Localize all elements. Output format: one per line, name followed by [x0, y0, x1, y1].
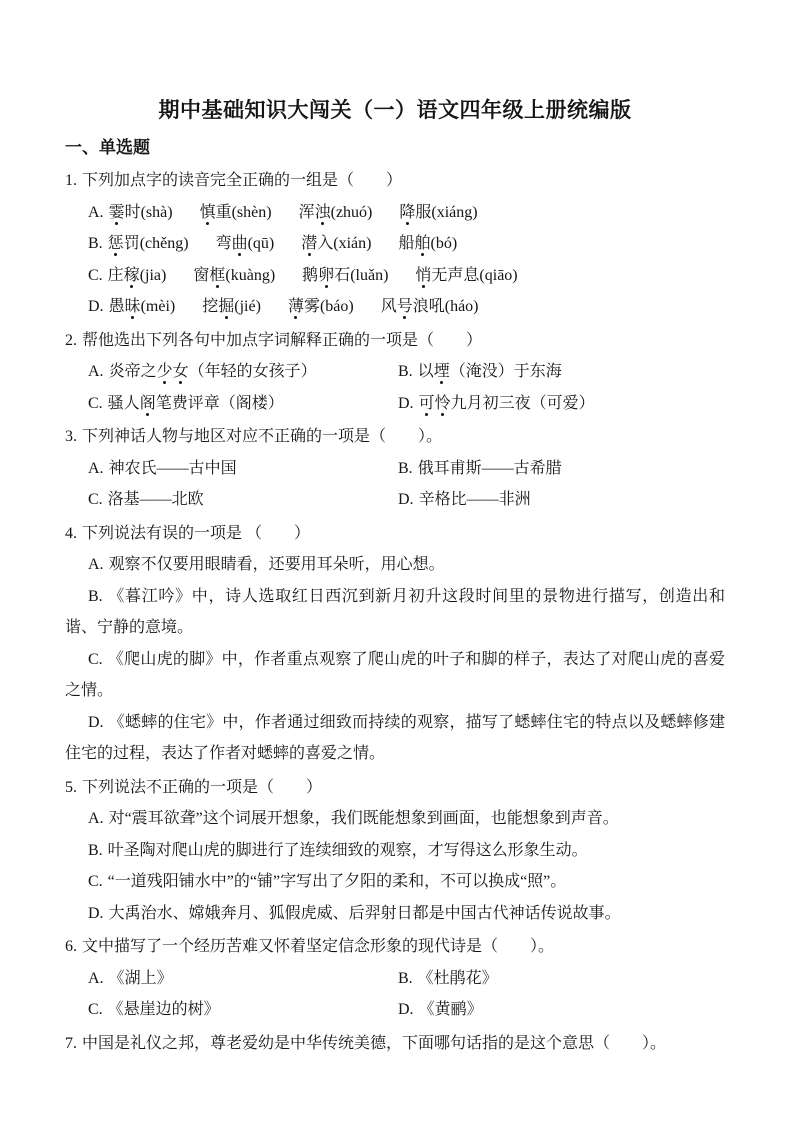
question-7: 7.中国是礼仪之邦，尊老爱幼是中华传统美德，下面哪句话指的是这个意思（ ）。 [65, 1028, 725, 1060]
option-label-B: B. [398, 363, 413, 380]
question-6-option-C: C.《悬崖边的树》 [88, 994, 398, 1026]
question-2-options: A.炎帝之少女（年轻的女孩子）B.以堙（淹没）于东海C.骚人阁笔费评章（阁楼）D… [65, 356, 725, 419]
question-5-options: A.对“震耳欲聋”这个词展开想象，我们既能想象到画面，也能想象到声音。B.叶圣陶… [65, 803, 725, 929]
page-title: 期中基础知识大闯关（一）语文四年级上册统编版 [65, 96, 725, 126]
question-6-stem: 6.文中描写了一个经历苦难又怀着坚定信念形象的现代诗是（ ）。 [65, 931, 725, 963]
option-label-D: D. [398, 1001, 414, 1018]
question-2-option-D: D.可怜九月初三夜（可爱） [398, 388, 725, 420]
question-4-option-C: C.《爬山虎的脚》中，作者重点观察了爬山虎的叶子和脚的样子，表达了对爬山虎的喜爱… [65, 644, 725, 707]
emphasis-dotted-char: 卵 [318, 267, 334, 284]
option-text: “一道残阳铺水中”的“铺”字写出了夕阳的柔和，不可以换成“照”。 [108, 873, 567, 890]
word-group: 愚昧(mèi) [109, 298, 176, 315]
question-3-option-A: A.神农氏——古中国 [88, 453, 398, 485]
question-4-options: A.观察不仅要用眼睛看，还要用耳朵听，用心想。B.《暮江吟》中，诗人选取红日西沉… [65, 549, 725, 770]
word-group: 霎时(shà) [109, 204, 173, 221]
question-4-option-A: A.观察不仅要用眼睛看，还要用耳朵听，用心想。 [65, 549, 725, 581]
option-text: 俄耳甫斯——古希腊 [418, 460, 562, 477]
emphasis-dotted-char: 曲 [232, 235, 248, 252]
question-4-number: 4. [65, 525, 77, 542]
option-label-C: C. [88, 651, 103, 668]
emphasis-dotted-char: 霎 [109, 204, 125, 221]
exam-page: 期中基础知识大闯关（一）语文四年级上册统编版 一、单选题 1.下列加点字的读音完… [0, 0, 793, 1122]
option-text: 大禹治水、嫦娥奔月、狐假虎威、后羿射日都是中国古代神话传说故事。 [109, 905, 621, 922]
question-3: 3.下列神话人物与地区对应不正确的一项是（ ）。A.神农氏——古中国B.俄耳甫斯… [65, 421, 725, 516]
question-3-options: A.神农氏——古中国B.俄耳甫斯——古希腊C.洛基——北欧D.辛格比——非洲 [65, 453, 725, 516]
option-label-C: C. [88, 491, 103, 508]
word-group: 慎重(shèn) [200, 204, 272, 221]
word-group: 降服(xiáng) [399, 204, 477, 221]
question-6-option-D: D.《黄鹂》 [398, 994, 725, 1026]
option-text: 神农氏——古中国 [109, 460, 237, 477]
emphasis-dotted-char: 薄 [288, 298, 304, 315]
question-1-stem: 1.下列加点字的读音完全正确的一组是（ ） [65, 165, 725, 197]
word-group: 挖掘(jié) [202, 298, 261, 315]
question-2-option-A: A.炎帝之少女（年轻的女孩子） [88, 356, 398, 388]
option-label-B: B. [398, 970, 413, 987]
option-text: 《杜鹃花》 [418, 970, 498, 987]
questions: 1.下列加点字的读音完全正确的一组是（ ）A.霎时(shà)慎重(shèn)浑浊… [65, 165, 725, 1059]
emphasis-dotted-char: 号 [397, 298, 413, 315]
question-4-stem: 4.下列说法有误的一项是 （ ） [65, 518, 725, 550]
question-2-number: 2. [65, 332, 77, 349]
question-4: 4.下列说法有误的一项是 （ ）A.观察不仅要用眼睛看，还要用耳朵听，用心想。B… [65, 518, 725, 770]
emphasis-dotted-char: 降 [399, 204, 415, 221]
option-text: 骚人阁笔费评章（阁楼） [108, 395, 284, 412]
option-label-A: A. [88, 556, 104, 573]
option-label-C: C. [88, 395, 103, 412]
question-6-options: A.《湖上》B.《杜鹃花》C.《悬崖边的树》D.《黄鹂》 [65, 963, 725, 1026]
option-label-A: A. [88, 810, 104, 827]
option-text: 《爬山虎的脚》中，作者重点观察了爬山虎的叶子和脚的样子，表达了对爬山虎的喜爱之情… [65, 651, 725, 700]
option-label-B: B. [88, 588, 103, 605]
question-1-option-C: C.庄稼(jia)窗框(kuàng)鹅卵石(luǎn)悄无声息(qiāo) [65, 260, 725, 292]
emphasis-dotted-char: 可 [419, 395, 435, 412]
question-7-number: 7. [65, 1035, 77, 1052]
question-3-option-C: C.洛基——北欧 [88, 484, 398, 516]
option-text: 《湖上》 [109, 970, 173, 987]
option-text: 叶圣陶对爬山虎的脚进行了连续细致的观察，才写得这么形象生动。 [108, 842, 588, 859]
question-3-option-B: B.俄耳甫斯——古希腊 [398, 453, 725, 485]
emphasis-dotted-char: 舶 [415, 235, 431, 252]
question-1-number: 1. [65, 172, 77, 189]
word-group: 惩罚(chěng) [108, 235, 189, 252]
option-text: 《蟋蟀的住宅》中，作者通过细致而持续的观察，描写了蟋蟀住宅的特点以及蟋蟀修建住宅… [65, 714, 725, 763]
emphasis-dotted-char: 稼 [124, 267, 140, 284]
option-text: 炎帝之少女（年轻的女孩子） [109, 363, 317, 380]
question-5-stem: 5.下列说法不正确的一项是（ ） [65, 772, 725, 804]
option-text: 辛格比——非洲 [419, 491, 531, 508]
question-2-option-C: C.骚人阁笔费评章（阁楼） [88, 388, 398, 420]
emphasis-dotted-char: 少 [157, 363, 173, 380]
question-1-options: A.霎时(shà)慎重(shèn)浑浊(zhuó)降服(xiáng)B.惩罚(c… [65, 197, 725, 323]
question-2-stem: 2.帮他选出下列各句中加点字词解释正确的一项是（ ） [65, 325, 725, 357]
option-label-A: A. [88, 460, 104, 477]
word-group: 庄稼(jia) [108, 267, 167, 284]
emphasis-dotted-char: 阁 [140, 395, 156, 412]
question-3-option-D: D.辛格比——非洲 [398, 484, 725, 516]
word-group: 悄无声息(qiāo) [415, 267, 517, 284]
question-5-option-B: B.叶圣陶对爬山虎的脚进行了连续细致的观察，才写得这么形象生动。 [65, 835, 725, 867]
emphasis-dotted-char: 浊 [315, 204, 331, 221]
question-6-option-B: B.《杜鹃花》 [398, 963, 725, 995]
emphasis-dotted-char: 惩 [108, 235, 124, 252]
question-3-number: 3. [65, 428, 77, 445]
emphasis-dotted-char: 框 [209, 267, 225, 284]
word-group: 窗框(kuàng) [193, 267, 275, 284]
emphasis-dotted-char: 潜 [301, 235, 317, 252]
option-label-B: B. [88, 842, 103, 859]
question-5-option-C: C.“一道残阳铺水中”的“铺”字写出了夕阳的柔和，不可以换成“照”。 [65, 866, 725, 898]
question-6-option-A: A.《湖上》 [88, 963, 398, 995]
option-text: 以堙（淹没）于东海 [418, 363, 562, 380]
question-1-option-A: A.霎时(shà)慎重(shèn)浑浊(zhuó)降服(xiáng) [65, 197, 725, 229]
emphasis-dotted-char: 女 [173, 363, 189, 380]
option-text: 对“震耳欲聋”这个词展开想象，我们既能想象到画面，也能想象到声音。 [109, 810, 619, 827]
option-label-C: C. [88, 267, 103, 284]
option-label-D: D. [88, 905, 104, 922]
option-text: 观察不仅要用眼睛看，还要用耳朵听，用心想。 [109, 556, 445, 573]
option-text: 《悬崖边的树》 [108, 1001, 220, 1018]
option-label-A: A. [88, 204, 104, 221]
option-label-D: D. [88, 714, 104, 731]
option-text: 《暮江吟》中，诗人选取红日西沉到新月初升这段时间里的景物进行描写，创造出和谐、宁… [65, 588, 725, 637]
question-5-option-A: A.对“震耳欲聋”这个词展开想象，我们既能想象到画面，也能想象到声音。 [65, 803, 725, 835]
option-label-D: D. [398, 395, 414, 412]
option-label-C: C. [88, 1001, 103, 1018]
word-group: 潜入(xián) [301, 235, 371, 252]
question-1: 1.下列加点字的读音完全正确的一组是（ ）A.霎时(shà)慎重(shèn)浑浊… [65, 165, 725, 323]
question-5-option-D: D.大禹治水、嫦娥奔月、狐假虎威、后羿射日都是中国古代神话传说故事。 [65, 898, 725, 930]
option-label-C: C. [88, 873, 103, 890]
question-1-option-B: B.惩罚(chěng)弯曲(qū)潜入(xián)船舶(bó) [65, 228, 725, 260]
emphasis-dotted-char: 堙 [434, 363, 450, 380]
option-text: 可怜九月初三夜（可爱） [419, 395, 595, 412]
word-group: 弯曲(qū) [216, 235, 275, 252]
emphasis-dotted-char: 昧 [125, 298, 141, 315]
option-label-D: D. [398, 491, 414, 508]
word-group: 薄雾(báo) [288, 298, 354, 315]
word-group: 风号浪吼(háo) [381, 298, 479, 315]
option-label-B: B. [398, 460, 413, 477]
question-6-number: 6. [65, 938, 77, 955]
question-5: 5.下列说法不正确的一项是（ ）A.对“震耳欲聋”这个词展开想象，我们既能想象到… [65, 772, 725, 930]
emphasis-dotted-char: 怜 [435, 395, 451, 412]
question-4-option-B: B.《暮江吟》中，诗人选取红日西沉到新月初升这段时间里的景物进行描写，创造出和谐… [65, 581, 725, 644]
question-7-stem: 7.中国是礼仪之邦，尊老爱幼是中华传统美德，下面哪句话指的是这个意思（ ）。 [65, 1028, 725, 1060]
option-label-B: B. [88, 235, 103, 252]
option-label-A: A. [88, 363, 104, 380]
question-3-stem: 3.下列神话人物与地区对应不正确的一项是（ ）。 [65, 421, 725, 453]
option-text: 《黄鹂》 [419, 1001, 483, 1018]
emphasis-dotted-char: 悄 [415, 267, 431, 284]
question-6: 6.文中描写了一个经历苦难又怀着坚定信念形象的现代诗是（ ）。A.《湖上》B.《… [65, 931, 725, 1026]
option-label-D: D. [88, 298, 104, 315]
question-5-number: 5. [65, 779, 77, 796]
emphasis-dotted-char: 掘 [218, 298, 234, 315]
option-text: 洛基——北欧 [108, 491, 204, 508]
option-label-A: A. [88, 970, 104, 987]
word-group: 鹅卵石(luǎn) [302, 267, 388, 284]
question-2: 2.帮他选出下列各句中加点字词解释正确的一项是（ ）A.炎帝之少女（年轻的女孩子… [65, 325, 725, 420]
word-group: 浑浊(zhuó) [299, 204, 373, 221]
word-group: 船舶(bó) [398, 235, 457, 252]
question-2-option-B: B.以堙（淹没）于东海 [398, 356, 725, 388]
section-heading: 一、单选题 [65, 135, 725, 161]
question-1-option-D: D.愚昧(mèi)挖掘(jié)薄雾(báo)风号浪吼(háo) [65, 291, 725, 323]
question-4-option-D: D.《蟋蟀的住宅》中，作者通过细致而持续的观察，描写了蟋蟀住宅的特点以及蟋蟀修建… [65, 707, 725, 770]
emphasis-dotted-char: 慎 [200, 204, 216, 221]
